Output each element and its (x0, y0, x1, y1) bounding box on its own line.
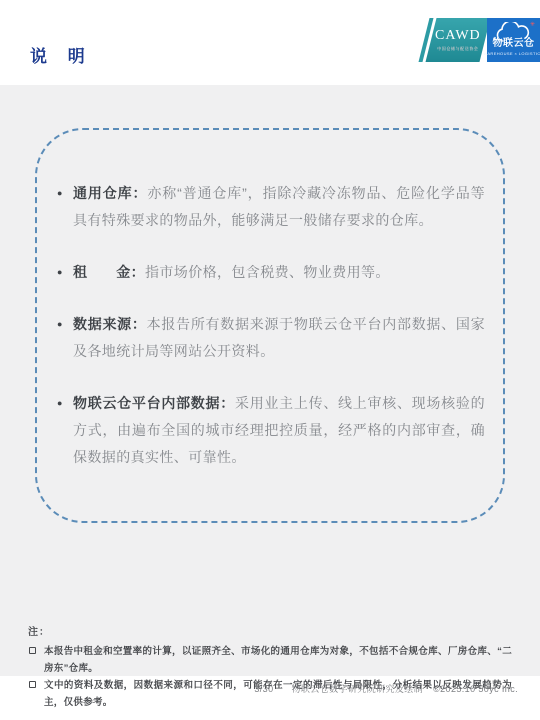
cawd-logo: CAWD 中国仓储与配送协会 (426, 18, 491, 62)
footer-credit: 物联云仓数字研究院研究及绘制 (292, 682, 424, 695)
wlyc-logo: ✳ 物联云仓 WAREHOUSE × LOGISTICS (487, 18, 540, 62)
definition-text: 指市场价格，包含税费、物业费用等。 (145, 264, 390, 280)
definition-label: 物联云仓平台内部数据： (73, 395, 235, 411)
page-number: 3/30 (254, 684, 273, 694)
footer-copyright: ©2025.10 50yc Inc. (433, 684, 518, 694)
notes-label: 注： (28, 623, 512, 638)
cawd-logo-subtext: 中国仓储与配送协会 (435, 46, 481, 52)
note-item: 本报告中租金和空置率的计算，以证照齐全、市场化的通用仓库为对象，不包括不合规仓库… (28, 643, 512, 677)
note-marker-icon (29, 681, 36, 688)
bullet-icon: ● (57, 390, 63, 417)
definition-label: 数据来源： (73, 316, 147, 332)
asterisk-icon: ✳ (530, 22, 535, 28)
definition-label: 租 金： (73, 264, 145, 280)
bullet-icon: ● (57, 180, 63, 207)
wlyc-logo-text: 物联云仓 (493, 34, 535, 49)
note-marker-icon (29, 647, 36, 654)
definition-item-data-source: ●数据来源：本报告所有数据来源于物联云仓平台内部数据、国家及各地统计局等网站公开… (57, 311, 485, 365)
page-title: 说 明 (30, 42, 93, 67)
content-area: ●通用仓库：亦称“普通仓库”，指除冷藏冷冻物品、危险化学品等具有特殊要求的物品外… (0, 85, 540, 676)
cawd-logo-text: CAWD (435, 28, 481, 44)
definitions-panel: ●通用仓库：亦称“普通仓库”，指除冷藏冷冻物品、危险化学品等具有特殊要求的物品外… (35, 128, 505, 523)
definition-item-general-warehouse: ●通用仓库：亦称“普通仓库”，指除冷藏冷冻物品、危险化学品等具有特殊要求的物品外… (57, 180, 485, 234)
definition-label: 通用仓库： (73, 185, 147, 201)
bullet-icon: ● (57, 311, 63, 338)
bullet-icon: ● (57, 259, 63, 286)
definition-item-rent: ●租 金：指市场价格，包含税费、物业费用等。 (57, 259, 485, 286)
page-footer: 3/30 物联云仓数字研究院研究及绘制 ©2025.10 50yc Inc. (254, 682, 518, 695)
note-text: 本报告中租金和空置率的计算，以证照齐全、市场化的通用仓库为对象，不包括不合规仓库… (44, 646, 512, 674)
wlyc-logo-subtext: WAREHOUSE × LOGISTICS (483, 51, 540, 56)
notes-section: 注： 本报告中租金和空置率的计算，以证照齐全、市场化的通用仓库为对象，不包括不合… (28, 623, 512, 711)
definition-item-internal-data: ●物联云仓平台内部数据：采用业主上传、线上审核、现场核验的方式，由遍布全国的城市… (57, 390, 485, 471)
brand-logo: CAWD 中国仓储与配送协会 ✳ 物联云仓 WAREHOUSE × LOGIST… (424, 18, 540, 62)
